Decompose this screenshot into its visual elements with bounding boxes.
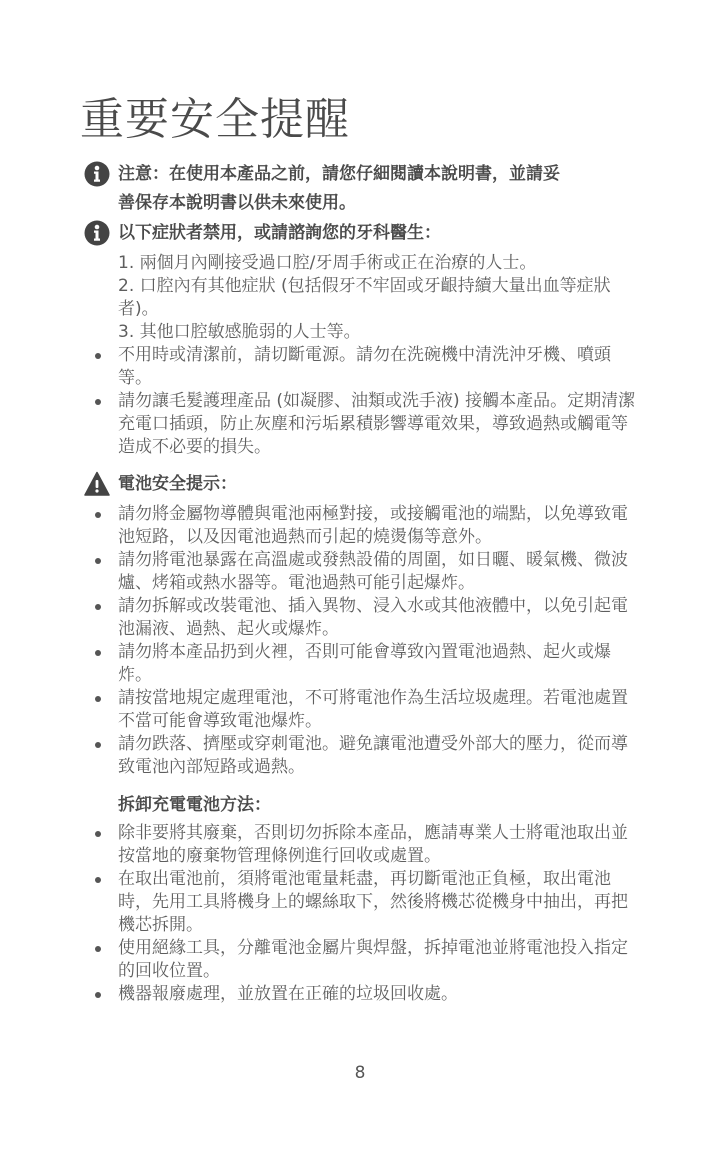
list-item: 2. 口腔內有其他症狀 (包括假牙不牢固或牙齦持續大量出血等症狀者)。: [118, 275, 644, 321]
bullet-icon: [95, 742, 101, 748]
list-item: 除非要將其廢棄，否則切勿拆除本產品，應請專業人士將電池取出並按當地的廢棄物管理條…: [84, 822, 644, 868]
page-title: 重要安全提醒: [80, 92, 350, 148]
notice-section: 注意：在使用本產品之前，請您仔細閱讀本說明書，並請妥 善保存本說明書以供未來使用…: [84, 160, 644, 218]
bullet-icon: [95, 604, 101, 610]
bullet-icon: [95, 946, 101, 952]
list-item: 使用絕緣工具，分離電池金屬片與焊盤，拆掉電池並將電池投入指定的回收位置。: [84, 937, 644, 983]
bullet-icon: [95, 353, 101, 359]
contraindications-list: 1. 兩個月內剛接受過口腔/牙周手術或正在治療的人士。 2. 口腔內有其他症狀 …: [84, 252, 644, 344]
list-item: 請勿跌落、擠壓或穿刺電池。避免讓電池遭受外部大的壓力，從而導致電池內部短路或過熱…: [84, 733, 644, 779]
list-item: 請勿讓毛髮護理產品 (如凝膠、油類或洗手液) 接觸本產品。定期清潔充電口插頭，防…: [84, 390, 644, 459]
list-item: 不用時或清潔前，請切斷電源。請勿在洗碗機中清洗沖牙機、噴頭等。: [84, 344, 644, 390]
bullet-icon: [95, 877, 101, 883]
list-item: 3. 其他口腔敏感脆弱的人士等。: [118, 321, 644, 344]
bullet-icon: [95, 992, 101, 998]
list-item: 請勿將電池暴露在高溫處或發熱設備的周圍，如日曬、暖氣機、微波爐、烤箱或熱水器等。…: [84, 549, 644, 595]
bullet-icon: [95, 399, 101, 405]
contraindications-heading: 以下症狀者禁用，或請諮詢您的牙科醫生：: [118, 219, 441, 248]
list-item: 在取出電池前，須將電池電量耗盡，再切斷電池正負極，取出電池時，先用工具將機身上的…: [84, 868, 644, 937]
list-item: 請勿將本產品扔到火裡，否則可能會導致內置電池過熱、起火或爆炸。: [84, 641, 644, 687]
warning-icon: [84, 471, 110, 497]
page-number: 8: [0, 1063, 720, 1083]
battery-removal-list: 除非要將其廢棄，否則切勿拆除本產品，應請專業人士將電池取出並按當地的廢棄物管理條…: [84, 822, 644, 1006]
info-icon: [84, 161, 110, 187]
battery-removal-section: 拆卸充電電池方法： 除非要將其廢棄，否則切勿拆除本產品，應請專業人士將電池取出並…: [84, 792, 644, 1006]
list-item: 機器報廢處理，並放置在正確的垃圾回收處。: [84, 983, 644, 1006]
bullet-icon: [95, 512, 101, 518]
battery-safety-list: 請勿將金屬物導體與電池兩極對接，或接觸電池的端點，以免導致電池短路，以及因電池過…: [84, 503, 644, 779]
battery-safety-heading: 電池安全提示：: [118, 470, 237, 499]
list-item: 1. 兩個月內剛接受過口腔/牙周手術或正在治療的人士。: [118, 252, 644, 275]
battery-removal-heading: 拆卸充電電池方法：: [84, 792, 644, 818]
bullet-icon: [95, 696, 101, 702]
notice-text: 注意：在使用本產品之前，請您仔細閱讀本說明書，並請妥 善保存本說明書以供未來使用…: [118, 160, 560, 218]
list-item: 請勿拆解或改裝電池、插入異物、浸入水或其他液體中，以免引起電池漏液、過熱、起火或…: [84, 595, 644, 641]
contraindications-section: 以下症狀者禁用，或請諮詢您的牙科醫生： 1. 兩個月內剛接受過口腔/牙周手術或正…: [84, 219, 644, 459]
bullet-icon: [95, 831, 101, 837]
list-item: 請按當地規定處理電池，不可將電池作為生活垃圾處理。若電池處置不當可能會導致電池爆…: [84, 687, 644, 733]
usage-bullets: 不用時或清潔前，請切斷電源。請勿在洗碗機中清洗沖牙機、噴頭等。 請勿讓毛髮護理產…: [84, 344, 644, 459]
battery-safety-section: 電池安全提示： 請勿將金屬物導體與電池兩極對接，或接觸電池的端點，以免導致電池短…: [84, 470, 644, 779]
bullet-icon: [95, 650, 101, 656]
list-item: 請勿將金屬物導體與電池兩極對接，或接觸電池的端點，以免導致電池短路，以及因電池過…: [84, 503, 644, 549]
info-icon: [84, 220, 110, 246]
bullet-icon: [95, 558, 101, 564]
